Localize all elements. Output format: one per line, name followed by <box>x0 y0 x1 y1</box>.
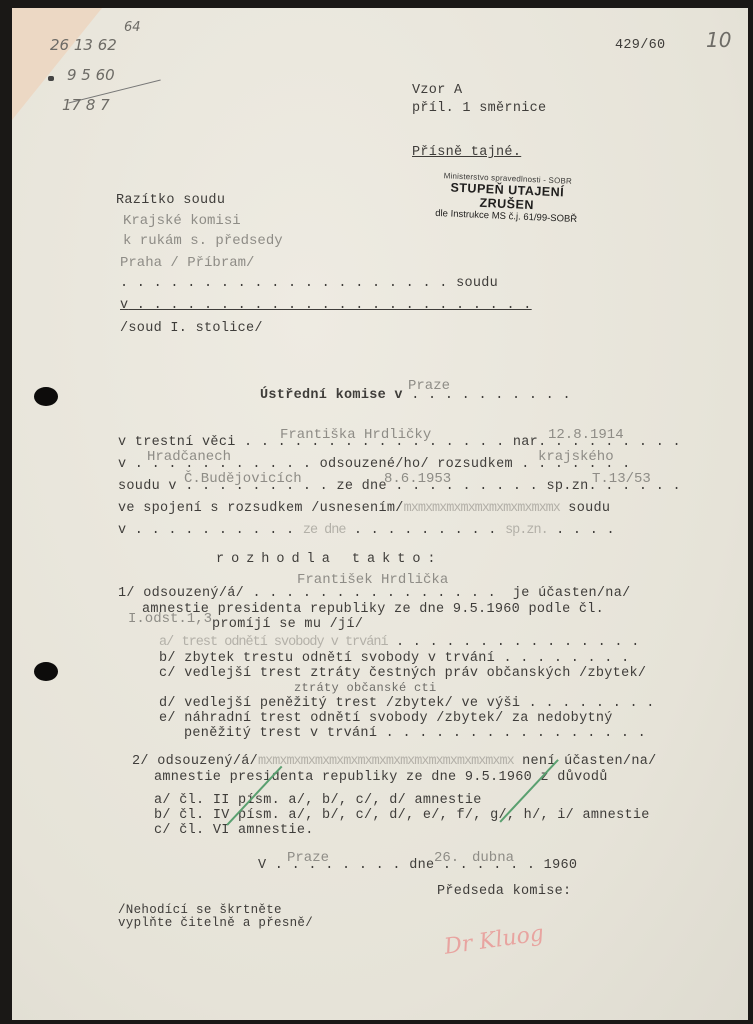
handwritten-note: 26 13 62 <box>50 36 117 54</box>
item-status: je účasten/na/ <box>513 586 631 601</box>
court-place: Č.Budějovicích <box>184 471 302 487</box>
instruction-note: vyplňte čitelně a přesně/ <box>118 916 313 930</box>
file-number: 429/60 <box>615 38 665 53</box>
case-text: ve spojení s rozsudkem /usnesením/ <box>118 501 404 516</box>
struck-text: sp.zn. <box>505 523 548 538</box>
classification-label: Přísně tajné. <box>412 145 521 160</box>
declassification-stamp: Ministerstvo spravedlnosti - SOBR STUPEŇ… <box>421 170 593 225</box>
form-annex: příl. 1 směrnice <box>412 101 546 116</box>
defendant-name: Františka Hrdličky <box>280 427 431 443</box>
page-number: 10 <box>706 28 731 52</box>
sub-letter: c/ <box>154 823 171 838</box>
sub-letter: d/ <box>159 696 176 711</box>
date-label: dne <box>409 858 434 873</box>
sub-item-d: d/ vedlejší peněžitý trest /zbytek/ ve v… <box>159 696 655 711</box>
handwritten-note: 9 5 60 <box>67 66 115 84</box>
sub-item-2c: c/ čl. VI amnestie. <box>154 823 314 838</box>
sub-letter: e/ <box>159 711 176 726</box>
sub-text: vedlejší peněžitý trest /zbytek/ ve výši <box>184 696 520 711</box>
sub-item-b: b/ zbytek trestu odnětí svobody v trvání… <box>159 651 630 666</box>
item-number: 1/ <box>118 586 135 601</box>
place-prefix: V <box>258 858 266 873</box>
handwritten-note: 17 8 7 <box>62 96 110 114</box>
case-line-5: v . . . . . . . . . . ze dne . . . . . .… <box>118 523 615 538</box>
footer-day: 26. <box>434 850 459 866</box>
sub-text: čl. VI amnestie. <box>179 823 313 838</box>
strikeout: mxmxmxmxmxmxmxmxmxmxmxmxmxmxmxmxmxmx <box>258 754 514 769</box>
sub-item-a: a/ trest odnětí svobody v trvání . . . .… <box>159 635 640 650</box>
case-prefix: v <box>118 457 126 472</box>
court-stamp-line: Praha / Příbram/ <box>120 255 254 271</box>
case-prefix: v trestní věci <box>118 435 236 450</box>
underlined-fill: v . . . . . . . . . . . . . . . . . . . … <box>120 298 532 313</box>
sub-item-c-fill: ztráty občanské cti <box>294 681 437 695</box>
sub-letter: c/ <box>159 666 176 681</box>
item-number: 2/ <box>132 754 149 769</box>
footer-place: Praze <box>287 850 329 866</box>
case-line-4: ve spojení s rozsudkem /usnesením/mxmxmx… <box>118 501 610 516</box>
item1-line1: 1/ odsouzený/á/ . . . . . . . . . . . . … <box>118 586 631 601</box>
item2-line1: 2/ odsouzený/á/mxmxmxmxmxmxmxmxmxmxmxmxm… <box>132 754 657 769</box>
signature: Dr Kluog <box>443 921 546 960</box>
file-ref: T.13/53 <box>592 471 651 487</box>
strikeout: mxmxmxmxmxmxmxmxmxmxmx <box>404 501 560 516</box>
sub-letter: b/ <box>154 808 171 823</box>
birth-date: 12.8.1914 <box>548 427 624 443</box>
punch-hole <box>34 662 58 681</box>
item-label: odsouzený/á/ <box>157 754 258 769</box>
judgment-date: 8.6.1953 <box>384 471 451 487</box>
sub-text: čl. IV písm. a/, b/, c/, d/, e/, f/, g/,… <box>179 808 649 823</box>
sub-text: trest odnětí svobody v trvání <box>182 635 388 650</box>
item-status: není účasten/na/ <box>522 754 656 769</box>
form-name: Vzor A <box>412 83 462 98</box>
court-suffix: soudu <box>456 276 498 291</box>
prefix: v <box>120 298 128 313</box>
case-mid: odsouzené/ho/ rozsudkem <box>320 457 513 472</box>
court-stamp-line: Krajské komisi <box>123 213 241 229</box>
court-suffix: soudu <box>568 501 610 516</box>
struck-text: ze dne <box>303 523 346 538</box>
sub-letter: b/ <box>159 651 176 666</box>
year: 1960 <box>544 858 578 873</box>
court-stamp-line: k rukám s. předsedy <box>123 233 283 249</box>
sub-letter: a/ <box>154 793 171 808</box>
born-label: nar. <box>513 435 547 450</box>
sub-text: náhradní trest odnětí svobody /zbytek/ z… <box>184 711 612 726</box>
footer-month: dubna <box>472 850 514 866</box>
court-stamp-line: v . . . . . . . . . . . . . . . . . . . … <box>120 298 532 313</box>
sub-item-e: e/ náhradní trest odnětí svobody /zbytek… <box>159 711 613 726</box>
court-stamp-line: /soud I. stolice/ <box>120 321 263 336</box>
sub-letter: a/ <box>159 635 173 650</box>
dots: . . . . . . . . . . . . . . . . . . . . <box>120 276 448 291</box>
residence: Hradčanech <box>147 449 231 465</box>
signatory-label: Předseda komise: <box>437 884 571 899</box>
item-label: odsouzený/á/ <box>143 586 244 601</box>
sub-item-2a: a/ čl. II písm. a/, b/, c/, d/ amnestie <box>154 793 482 808</box>
document-page: 64 26 13 62 9 5 60 17 8 7 10 429/60 Vzor… <box>12 8 748 1020</box>
sub-text: čl. II písm. a/, b/, c/, d/ amnestie <box>179 793 481 808</box>
court-type: krajského <box>538 449 614 465</box>
case-mid: ze dne <box>336 479 386 494</box>
commission-place: Praze <box>408 378 450 394</box>
instruction-note: /Nehodící se škrtněte <box>118 903 282 917</box>
case-prefix: soudu v <box>118 479 177 494</box>
handwritten-note: 64 <box>124 20 141 35</box>
sub-text: peněžitý trest v trvání <box>184 726 377 741</box>
decision-heading: rozhodla takto: <box>216 552 443 567</box>
court-stamp-line: . . . . . . . . . . . . . . . . . . . . … <box>120 276 498 291</box>
commission-label: Ústřední komise v <box>260 388 403 403</box>
sub-text: zbytek trestu odnětí svobody v trvání <box>184 651 495 666</box>
amnesty-article: I.odst.1,3 <box>128 611 212 627</box>
staple <box>48 76 54 81</box>
punch-hole <box>34 387 58 406</box>
court-stamp-label: Razítko soudu <box>116 193 225 208</box>
case-prefix: v <box>118 523 126 538</box>
sub-text: vedlejší trest ztráty čestných práv obča… <box>184 666 646 681</box>
file-label: sp.zn. <box>546 479 596 494</box>
item1-line3: promíjí se mu /jí/ <box>212 617 363 632</box>
sub-item-e-line2: peněžitý trest v trvání . . . . . . . . … <box>184 726 646 741</box>
sub-item-c: c/ vedlejší trest ztráty čestných práv o… <box>159 666 646 681</box>
